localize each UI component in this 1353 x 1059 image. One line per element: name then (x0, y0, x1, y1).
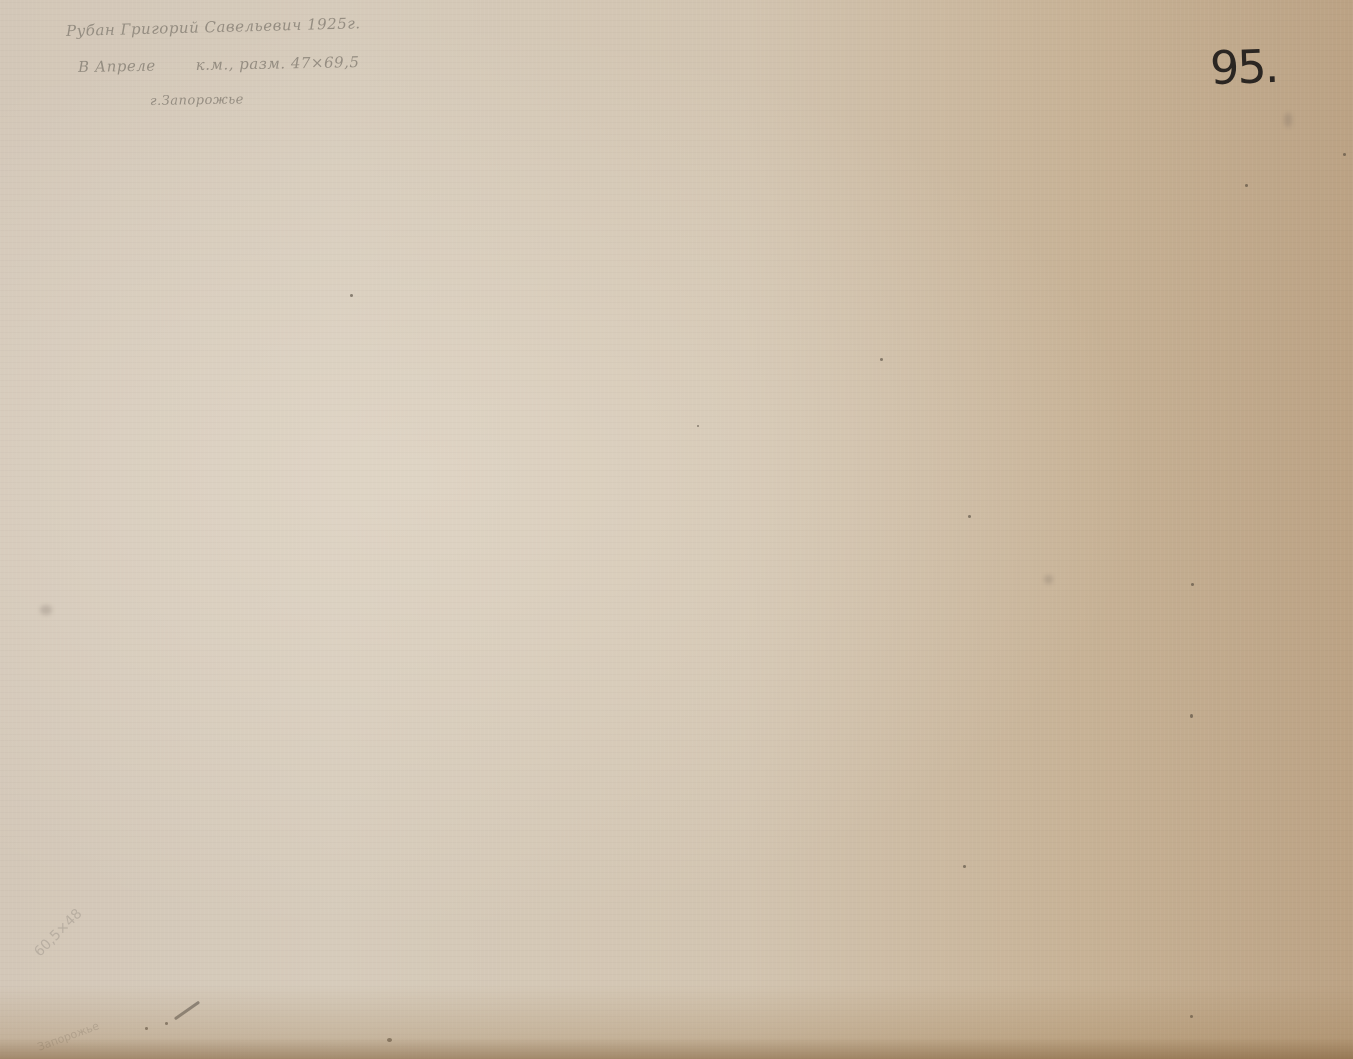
speck (350, 294, 353, 297)
inscription-title-line: В Апрелек.м., разм. 47×69,5 (78, 53, 360, 76)
speck (165, 1022, 168, 1025)
pencil-stroke (174, 1001, 200, 1021)
inscription-artist-line: Рубан Григорий Савельевич 1925г. (66, 14, 361, 40)
faint-dimensions-note: 60,5×48 (31, 906, 85, 960)
speck (387, 1038, 392, 1042)
speck (1343, 153, 1346, 156)
cardboard-back: Рубан Григорий Савельевич 1925г. В Апрел… (0, 0, 1353, 1059)
faint-bottom-note: Запорожье (36, 1019, 101, 1053)
speck (1190, 714, 1193, 718)
catalog-number: 95. (1209, 39, 1278, 95)
speck (1245, 184, 1248, 187)
paper-texture (0, 0, 1353, 1059)
inscription-city-line: г.Запорожье (150, 92, 244, 109)
speck (1190, 1015, 1193, 1018)
speck (963, 865, 966, 868)
speck (880, 358, 883, 361)
smudge (40, 605, 52, 615)
speck (968, 515, 971, 518)
inscription-title: В Апреле (78, 57, 156, 76)
speck (1191, 583, 1194, 586)
smudge (1284, 113, 1292, 127)
speck (145, 1027, 148, 1030)
speck (697, 425, 699, 427)
smudge (1044, 575, 1053, 584)
inscription-details: к.м., разм. 47×69,5 (196, 53, 360, 74)
